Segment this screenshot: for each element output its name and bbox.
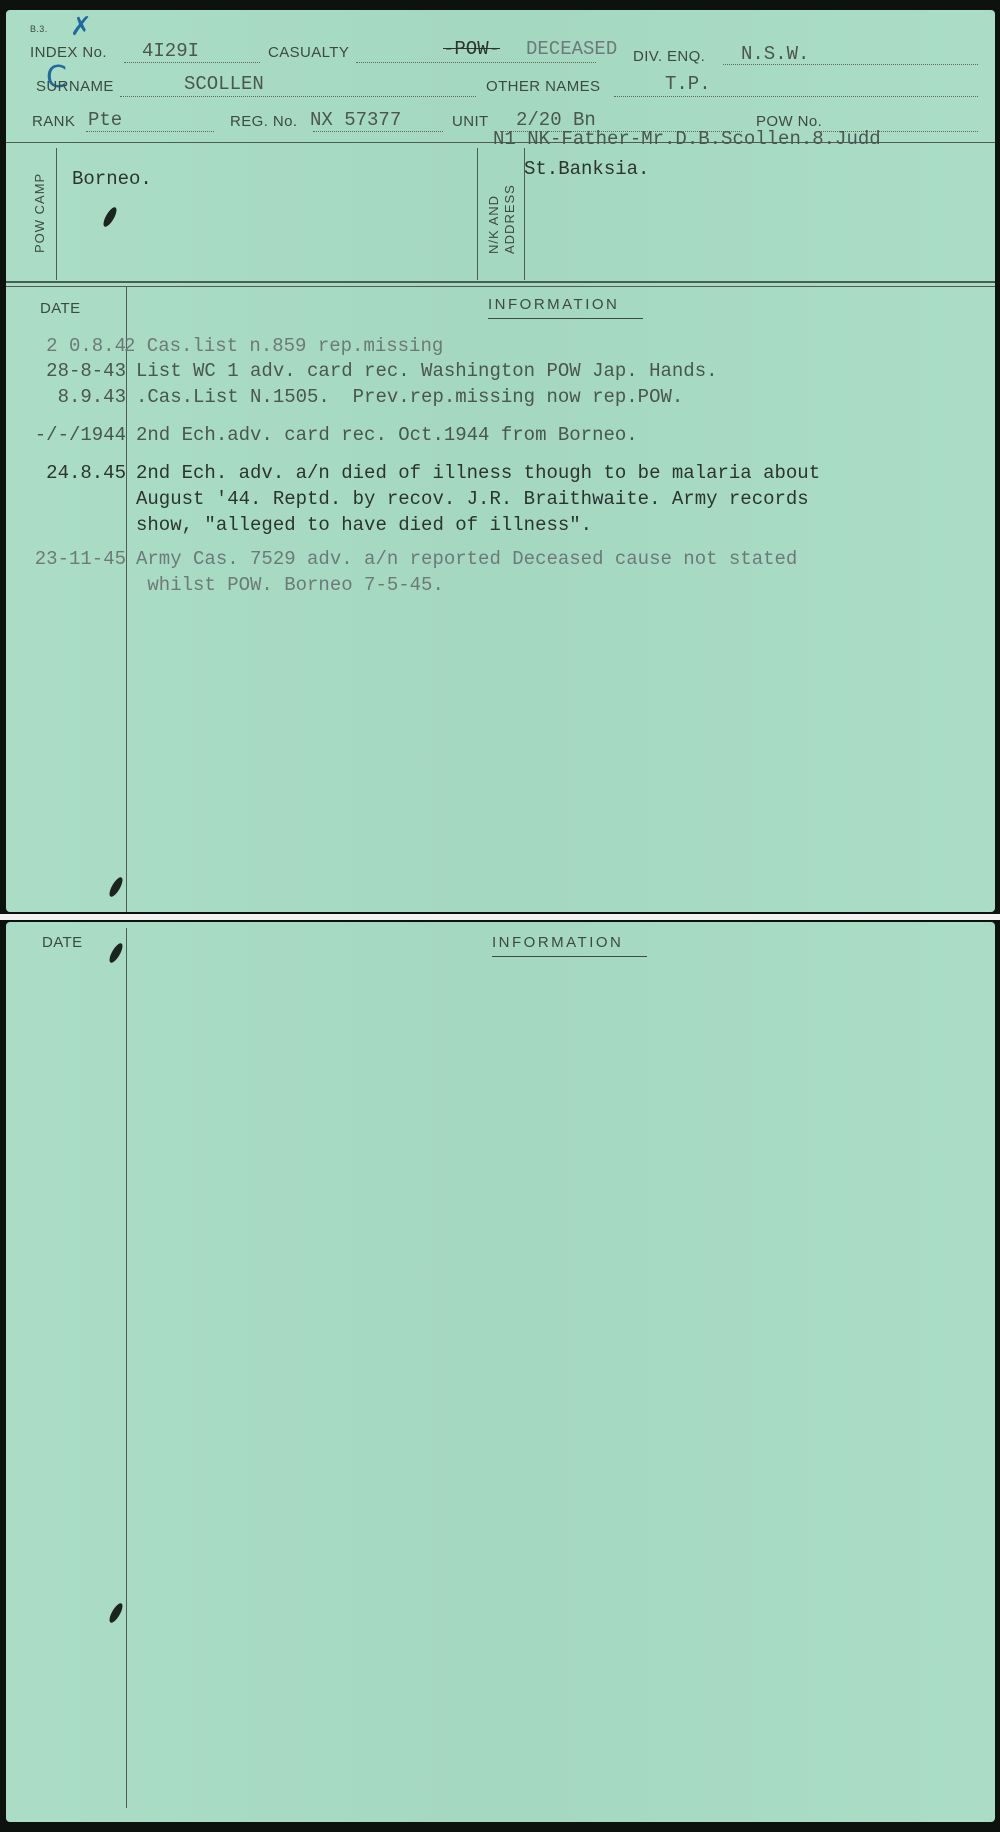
other-names-label: OTHER NAMES [486, 78, 600, 95]
entry-date: 2 0.8.4 [46, 335, 126, 357]
reg-no-value: NX 57377 [310, 109, 401, 131]
nk-address-line2: St.Banksia. [524, 158, 649, 180]
information-column-header: INFORMATION [492, 934, 623, 951]
entry-date: -/-/1944 [35, 424, 126, 446]
reg-no-label: REG. No. [230, 113, 297, 130]
entry-date: 8.9.43 [58, 386, 126, 408]
pow-camp-label: POW CAMP [32, 173, 47, 253]
entry-information: show, "alleged to have died of illness". [136, 514, 592, 536]
date-column-divider [126, 287, 127, 912]
form-code: B.3. [30, 24, 48, 34]
card-damage-mark [107, 1601, 125, 1624]
pow-camp-value: Borneo. [72, 168, 152, 190]
entry-information: whilst POW. Borneo 7-5-45. [136, 574, 444, 596]
entry-date: 23-11-45 [35, 548, 126, 570]
rank-value: Pte [88, 109, 122, 131]
entry-information: Army Cas. 7529 adv. a/n reported Decease… [136, 548, 797, 570]
card-damage-mark [107, 875, 125, 898]
entry-information: List WC 1 adv. card rec. Washington POW … [136, 360, 718, 382]
index-no-label: INDEX No. [30, 44, 107, 61]
other-names-value: T.P. [665, 73, 711, 95]
record-card-back: DATE INFORMATION [6, 922, 995, 1822]
unit-label: UNIT [452, 113, 489, 130]
entry-information: 2nd Ech.adv. card rec. Oct.1944 from Bor… [136, 424, 638, 446]
div-enq-value: N.S.W. [741, 43, 809, 65]
nk-label-line1: N/K AND [486, 195, 501, 254]
entry-date: 24.8.45 [46, 462, 126, 484]
date-column-header: DATE [42, 934, 83, 951]
card-damage-mark [101, 205, 119, 228]
rank-label: RANK [32, 113, 75, 130]
casualty-value: DECEASED [526, 38, 617, 60]
entry-date: 28-8-43 [46, 360, 126, 382]
surname-label: SURNAME [36, 78, 114, 95]
nk-label-line2: ADDRESS [502, 184, 517, 254]
entry-information: August '44. Reptd. by recov. J.R. Braith… [136, 488, 809, 510]
div-enq-label: DIV. ENQ. [633, 48, 705, 65]
nk-address-line1: N1 NK-Father-Mr.D.B.Scollen.8.Judd [493, 128, 881, 150]
surname-value: SCOLLEN [184, 73, 264, 95]
casualty-label: CASUALTY [268, 44, 349, 61]
casualty-struck-value: -POW- [443, 38, 500, 60]
date-column-header: DATE [40, 300, 81, 317]
date-column-divider [126, 928, 127, 1808]
index-no-value: 4I29I [142, 40, 199, 62]
entry-information: 2 Cas.list n.859 rep.missing [124, 335, 443, 357]
record-card-front: B.3. ✗ C INDEX No. 4I29I CASUALTY -POW- … [6, 10, 995, 912]
information-column-header: INFORMATION [488, 296, 619, 313]
entry-information: .Cas.List N.1505. Prev.rep.missing now r… [136, 386, 683, 408]
entry-information: 2nd Ech. adv. a/n died of illness though… [136, 462, 820, 484]
ink-mark: ✗ [70, 12, 92, 42]
card-damage-mark [107, 941, 125, 964]
